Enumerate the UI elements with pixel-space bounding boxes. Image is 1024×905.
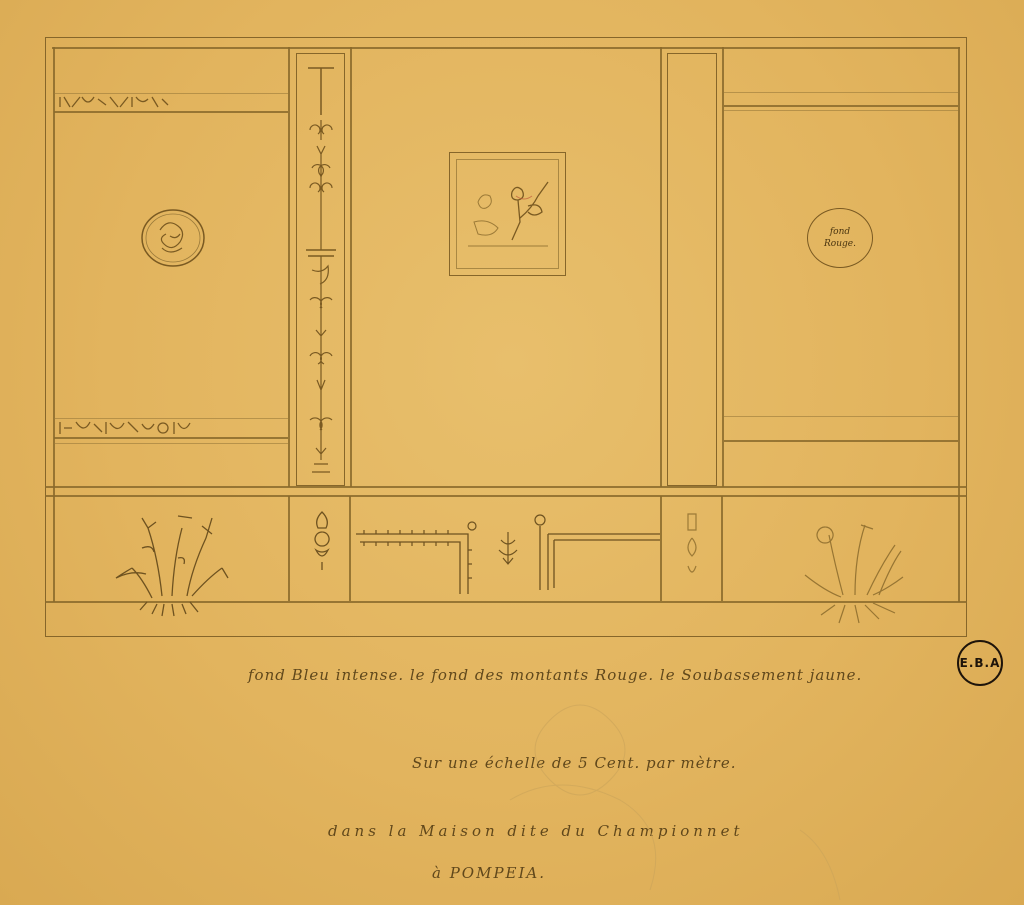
left-medallion-icon — [140, 208, 206, 268]
candelabrum-ornament — [300, 60, 342, 485]
right-lower-frieze-top-line — [724, 416, 958, 417]
beaded-moulding-right — [530, 510, 662, 592]
right-lower-frieze-bottom-line — [724, 440, 958, 442]
left-lower-line — [54, 443, 288, 444]
caption-colors: fond Bleu intense. le fond des montants … — [248, 666, 862, 684]
right-frieze-top-line — [724, 92, 958, 93]
left-top-frieze-ornament — [58, 95, 178, 109]
left-frieze2-top-line — [54, 418, 288, 419]
left-frieze-bottom-line — [54, 111, 288, 113]
dado-rail-top — [45, 486, 967, 488]
right-pilaster-outer-right — [722, 47, 724, 487]
faint-background-sketch — [470, 690, 870, 905]
right-frieze-bottom-line-2 — [724, 110, 958, 111]
right-pilaster-outer-left — [660, 47, 662, 487]
right-plant-icon — [795, 515, 910, 625]
dado-divider-2 — [349, 496, 351, 601]
central-picture-flower-motif — [458, 162, 558, 266]
right-pilaster-frame — [667, 53, 717, 486]
dado-rail-bottom — [45, 495, 967, 497]
right-dado-ornament-icon — [680, 510, 704, 580]
left-dado-ornament-icon — [310, 510, 334, 572]
beaded-moulding-left — [354, 520, 478, 600]
dado-divider-1 — [288, 496, 290, 601]
frame-inner-right — [958, 47, 960, 602]
dado-divider-4 — [721, 496, 723, 601]
left-pilaster-outer-right — [350, 47, 352, 487]
left-frieze-top-line — [54, 93, 288, 94]
left-frieze2-bottom-line — [54, 437, 288, 439]
left-panel-divider — [288, 47, 290, 487]
right-medallion-label-line2: Rouge. — [824, 238, 856, 250]
eba-collection-stamp: E.B.A — [957, 640, 1003, 686]
central-dado-ornament-icon — [495, 530, 521, 566]
left-bottom-frieze-ornament — [58, 420, 203, 436]
right-medallion-label-line1: fond — [830, 226, 850, 238]
left-plant-icon — [112, 508, 232, 616]
right-frieze-bottom-line — [724, 105, 958, 107]
frame-inner-left — [53, 47, 55, 602]
frame-inner-top — [52, 47, 960, 49]
right-medallion: fond Rouge. — [807, 208, 873, 268]
